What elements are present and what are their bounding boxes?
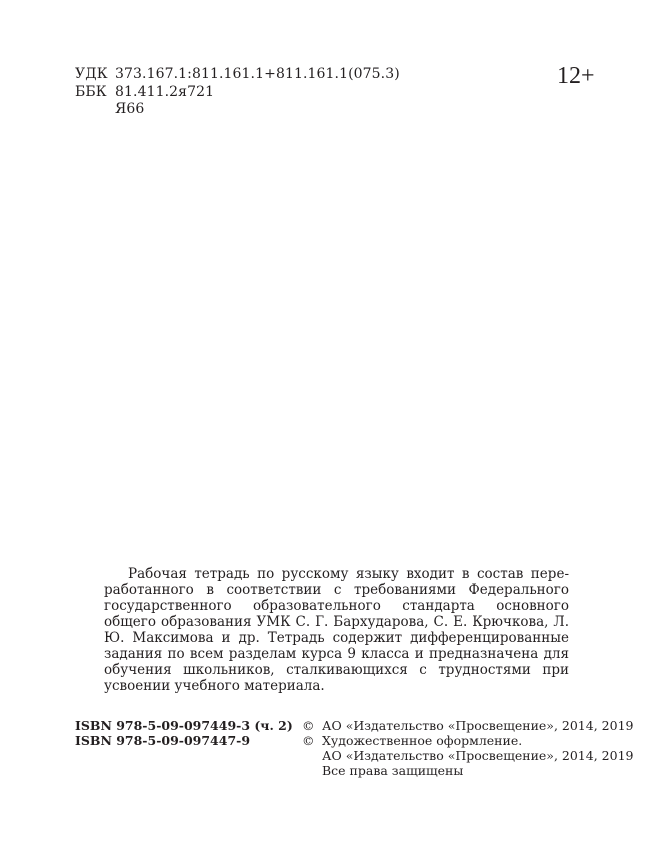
bbk-value: 81.411.2я721	[115, 84, 214, 102]
bbk-label: ББК	[75, 84, 115, 102]
annotation: Рабочая тетрадь по русскому языку входит…	[104, 566, 569, 694]
isbn-set: ISBN 978-5-09-097447-9	[75, 733, 293, 748]
copyright-icon: ©	[302, 733, 322, 748]
author-mark-row: Я66	[75, 101, 400, 119]
udk-row: УДК 373.167.1:811.161.1+811.161.1(075.3)	[75, 66, 400, 84]
classification-block: УДК 373.167.1:811.161.1+811.161.1(075.3)…	[75, 66, 400, 119]
udk-value: 373.167.1:811.161.1+811.161.1(075.3)	[115, 66, 400, 84]
copyright-block: © АО «Издательство «Просвещение», 2014, …	[302, 718, 633, 778]
copyright-line: АО «Издательство «Просвещение», 2014, 20…	[302, 748, 633, 763]
isbn-part: ISBN 978-5-09-097449-3 (ч. 2)	[75, 718, 293, 733]
bbk-row: ББК 81.411.2я721	[75, 84, 400, 102]
udk-label: УДК	[75, 66, 115, 84]
copyright-line: © Художественное оформление.	[302, 733, 633, 748]
isbn-block: ISBN 978-5-09-097449-3 (ч. 2) ISBN 978-5…	[75, 718, 293, 748]
copyright-icon: ©	[302, 718, 322, 733]
annotation-text: Рабочая тетрадь по русскому языку входит…	[104, 566, 569, 694]
rights-reserved: Все права защищены	[302, 763, 633, 778]
age-rating: 12+	[557, 62, 595, 90]
copyright-line: © АО «Издательство «Просвещение», 2014, …	[302, 718, 633, 733]
author-mark: Я66	[115, 101, 144, 119]
imprint-page: УДК 373.167.1:811.161.1+811.161.1(075.3)…	[0, 0, 650, 865]
